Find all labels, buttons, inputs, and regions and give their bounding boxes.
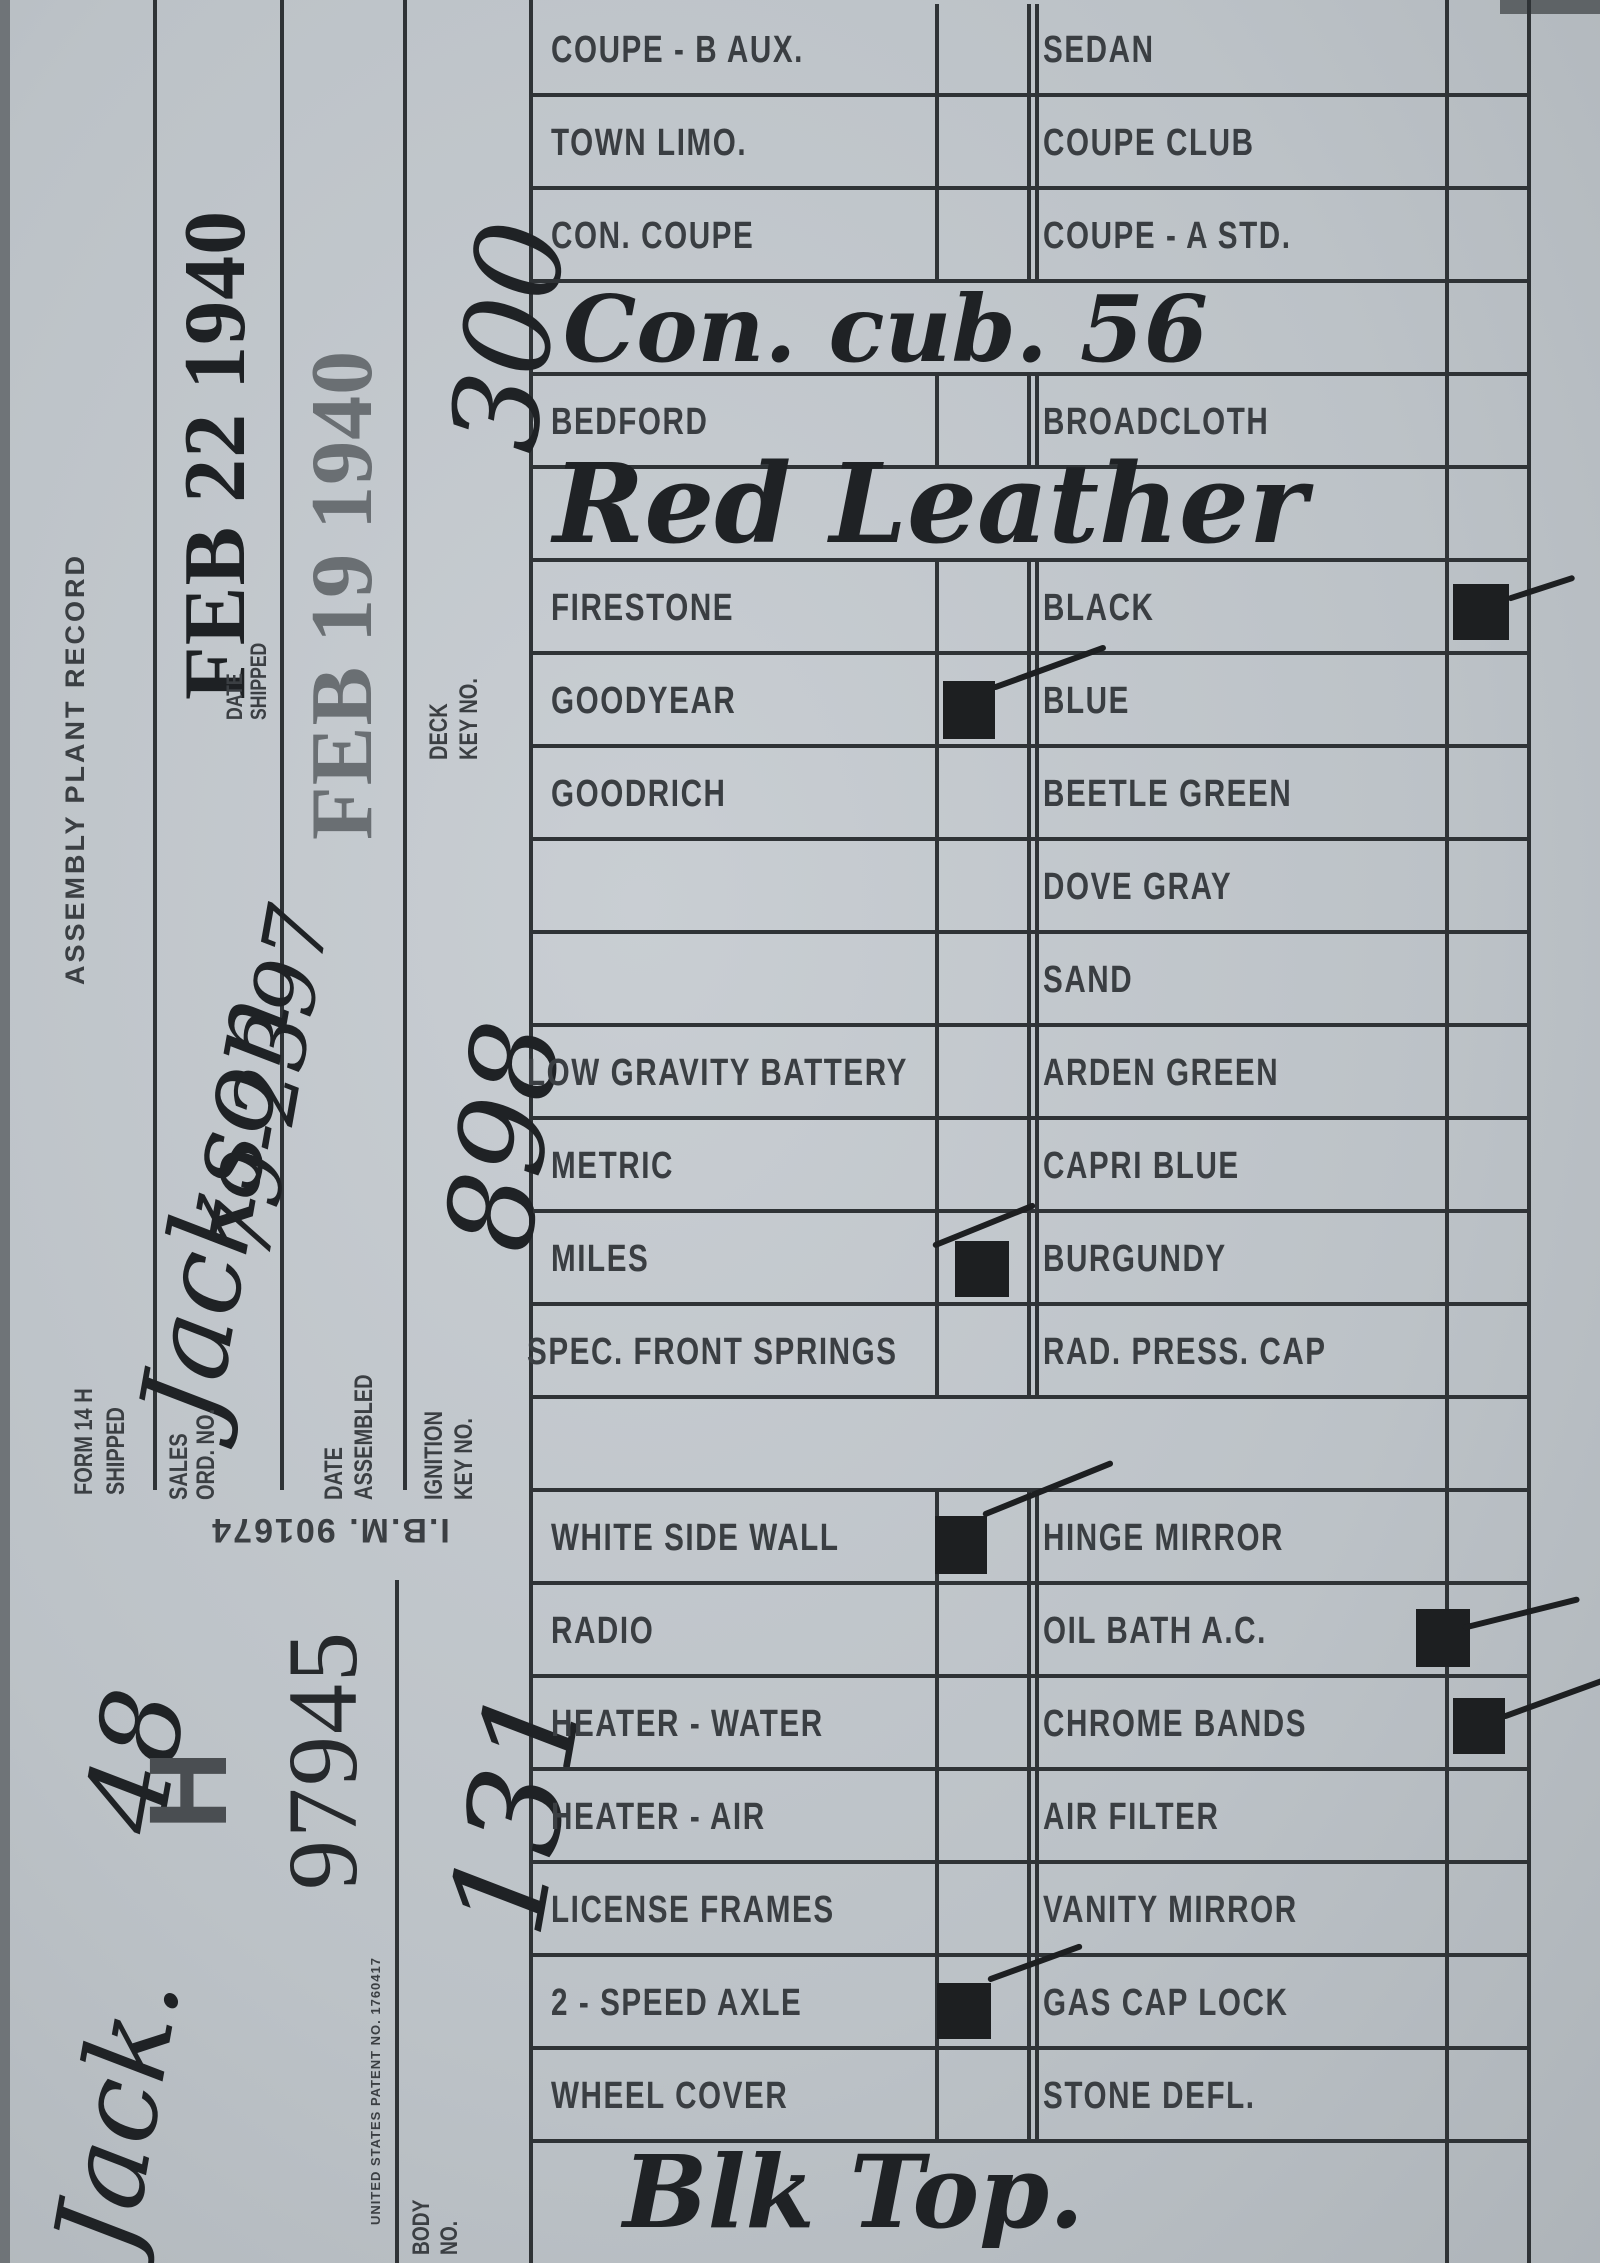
checkmark-stroke bbox=[1507, 575, 1575, 602]
grid-row-handwritten-top: Blk Top. bbox=[533, 2143, 1530, 2263]
grid-row: SAND bbox=[533, 934, 1530, 1027]
double-rule-b bbox=[1035, 562, 1039, 655]
sales-order-label-line2: ORD. NO. bbox=[192, 1409, 221, 1500]
shipped-label: SHIPPED bbox=[102, 1407, 131, 1495]
ignition-key-label-line1: IGNITION bbox=[420, 1411, 449, 1500]
check-column-rule bbox=[935, 190, 939, 283]
body-style-note: Con. cub. 56 bbox=[563, 275, 1208, 383]
checkmark-chrome-bands bbox=[1453, 1698, 1505, 1754]
option-label-left: RADIO bbox=[551, 1585, 654, 1678]
location-note: Jack. bbox=[30, 1966, 206, 2262]
card-left-edge-shadow bbox=[0, 0, 10, 2263]
double-rule-a bbox=[1027, 1957, 1031, 2050]
checkmark-black bbox=[1453, 584, 1509, 640]
check-column-rule bbox=[935, 655, 939, 748]
grid-row: HEATER - AIR AIR FILTER bbox=[533, 1771, 1530, 1864]
option-label-left: HEATER - WATER bbox=[551, 1678, 824, 1771]
top-note: Blk Top. bbox=[623, 2133, 1084, 2251]
grid-row: WHITE SIDE WALL HINGE MIRROR bbox=[533, 1492, 1530, 1585]
check-column-rule bbox=[935, 562, 939, 655]
double-rule-a bbox=[1027, 1306, 1031, 1399]
option-label-right: RAD. PRESS. CAP bbox=[1043, 1306, 1327, 1399]
ignition-key-label-line2: KEY NO. bbox=[450, 1418, 479, 1500]
sales-order-label-line1: SALES bbox=[165, 1433, 194, 1500]
serial-prefix: H bbox=[125, 1750, 252, 1830]
checkmark-goodyear bbox=[943, 681, 995, 739]
date-shipped-label-line1: DATE bbox=[222, 673, 248, 720]
double-rule-a bbox=[1027, 1585, 1031, 1678]
option-label-left: HEATER - AIR bbox=[551, 1771, 766, 1864]
option-label-right: BURGUNDY bbox=[1043, 1213, 1227, 1306]
option-label-left: CON. COUPE bbox=[551, 190, 754, 283]
grid-row: LOW GRAVITY BATTERY ARDEN GREEN bbox=[533, 1027, 1530, 1120]
double-rule-b bbox=[1035, 748, 1039, 841]
check-column-rule bbox=[935, 1213, 939, 1306]
double-rule-a bbox=[1027, 1678, 1031, 1771]
check-column-rule bbox=[935, 934, 939, 1027]
check-column-rule bbox=[935, 1027, 939, 1120]
double-rule-b bbox=[1035, 4, 1039, 97]
option-label-right: BLUE bbox=[1043, 655, 1130, 748]
double-rule-a bbox=[1027, 841, 1031, 934]
double-rule-b bbox=[1035, 2050, 1039, 2143]
check-column-rule bbox=[935, 748, 939, 841]
option-label-right: BEETLE GREEN bbox=[1043, 748, 1292, 841]
option-label-right: GAS CAP LOCK bbox=[1043, 1957, 1288, 2050]
checkmark-stroke bbox=[1462, 1596, 1580, 1631]
grid-row-handwritten-upholstery: Red Leather bbox=[533, 469, 1530, 562]
option-label-right: SEDAN bbox=[1043, 4, 1155, 97]
grid-row-handwritten-body-style: Con. cub. 56 bbox=[533, 283, 1530, 376]
date-shipped-stamp: FEB 22 1940 bbox=[165, 210, 266, 700]
double-rule-a bbox=[1027, 748, 1031, 841]
patent-number: UNITED STATES PATENT NO. 1760417 bbox=[368, 1957, 383, 2225]
check-column-rule bbox=[935, 1771, 939, 1864]
grid-row: DOVE GRAY bbox=[533, 841, 1530, 934]
checkmark-oil-bath bbox=[1416, 1609, 1470, 1667]
option-label-left: GOODYEAR bbox=[551, 655, 736, 748]
option-label-right: COUPE CLUB bbox=[1043, 97, 1255, 190]
check-column-rule bbox=[935, 841, 939, 934]
check-column-rule bbox=[935, 1864, 939, 1957]
grid-row: GOODRICH BEETLE GREEN bbox=[533, 748, 1530, 841]
option-label-right: CHROME BANDS bbox=[1043, 1678, 1307, 1771]
check-column-rule bbox=[935, 1306, 939, 1399]
option-label-right: VANITY MIRROR bbox=[1043, 1864, 1298, 1957]
option-label-right: ARDEN GREEN bbox=[1043, 1027, 1279, 1120]
double-rule-b bbox=[1035, 1771, 1039, 1864]
option-label-left: METRIC bbox=[551, 1120, 674, 1213]
option-label-left: SPEC. FRONT SPRINGS bbox=[527, 1306, 898, 1399]
grid-row: GOODYEAR BLUE bbox=[533, 655, 1530, 748]
check-column-rule bbox=[935, 97, 939, 190]
double-rule-b bbox=[1035, 1306, 1039, 1399]
option-label-right: COUPE - A STD. bbox=[1043, 190, 1292, 283]
check-column-rule bbox=[935, 2050, 939, 2143]
grid-row: METRIC CAPRI BLUE bbox=[533, 1120, 1530, 1213]
grid-row-blank bbox=[533, 1399, 1530, 1492]
option-label-right: HINGE MIRROR bbox=[1043, 1492, 1284, 1585]
double-rule-a bbox=[1027, 562, 1031, 655]
column-rule-date-assembled bbox=[403, 0, 407, 1490]
double-rule-b bbox=[1035, 1864, 1039, 1957]
double-rule-a bbox=[1027, 97, 1031, 190]
date-assembled-label-line1: DATE bbox=[320, 1447, 349, 1500]
option-label-left: MILES bbox=[551, 1213, 649, 1306]
ibm-code: I.B.M. 901674 bbox=[170, 1510, 490, 1549]
grid-row: CON. COUPE COUPE - A STD. bbox=[533, 190, 1530, 283]
option-label-left: TOWN LIMO. bbox=[551, 97, 747, 190]
grid-row: RADIO OIL BATH A.C. bbox=[533, 1585, 1530, 1678]
grid-row: COUPE - B AUX. SEDAN bbox=[533, 4, 1530, 97]
grid-row: FIRESTONE BLACK bbox=[533, 562, 1530, 655]
grid-row: MILES BURGUNDY bbox=[533, 1213, 1530, 1306]
double-rule-b bbox=[1035, 1027, 1039, 1120]
upholstery-note: Red Leather bbox=[553, 439, 1307, 568]
deck-key-label-line2: KEY NO. bbox=[455, 678, 484, 760]
option-label-right: BLACK bbox=[1043, 562, 1155, 655]
date-assembled-stamp: FEB 19 1940 bbox=[292, 350, 393, 840]
checkmark-white-side-wall bbox=[935, 1516, 987, 1574]
deck-key-label-line1: DECK bbox=[425, 703, 454, 760]
double-rule-b bbox=[1035, 1492, 1039, 1585]
option-label-right: DOVE GRAY bbox=[1043, 841, 1232, 934]
option-label-left: WHITE SIDE WALL bbox=[551, 1492, 840, 1585]
double-rule-b bbox=[1035, 1585, 1039, 1678]
option-label-left: FIRESTONE bbox=[551, 562, 734, 655]
double-rule-b bbox=[1035, 841, 1039, 934]
double-rule-b bbox=[1035, 190, 1039, 283]
grid-row: SPEC. FRONT SPRINGS RAD. PRESS. CAP bbox=[533, 1306, 1530, 1399]
double-rule-a bbox=[1027, 190, 1031, 283]
grid-row: TOWN LIMO. COUPE CLUB bbox=[533, 97, 1530, 190]
option-label-left: 2 - SPEED AXLE bbox=[551, 1957, 802, 2050]
grid-row: WHEEL COVER STONE DEFL. bbox=[533, 2050, 1530, 2143]
double-rule-a bbox=[1027, 934, 1031, 1027]
options-grid: COUPE - B AUX. SEDAN TOWN LIMO. COUPE CL… bbox=[533, 0, 1530, 2263]
body-label-line2: NO. bbox=[436, 2221, 464, 2255]
double-rule-a bbox=[1027, 1492, 1031, 1585]
check-column-rule bbox=[935, 1678, 939, 1771]
form-title: ASSEMBLY PLANT RECORD bbox=[60, 553, 91, 985]
serial-number: 97945 bbox=[265, 1630, 380, 1890]
option-label-right: OIL BATH A.C. bbox=[1043, 1585, 1267, 1678]
option-label-left: COUPE - B AUX. bbox=[551, 4, 804, 97]
check-column-rule bbox=[935, 4, 939, 97]
form-number: FORM 14 H bbox=[70, 1388, 99, 1495]
double-rule-b bbox=[1035, 934, 1039, 1027]
grid-row: HEATER - WATER CHROME BANDS bbox=[533, 1678, 1530, 1771]
option-label-right: AIR FILTER bbox=[1043, 1771, 1219, 1864]
check-column-rule bbox=[935, 1585, 939, 1678]
checkmark-miles bbox=[955, 1241, 1009, 1297]
option-label-right: STONE DEFL. bbox=[1043, 2050, 1256, 2143]
double-rule-a bbox=[1027, 4, 1031, 97]
double-rule-b bbox=[1035, 1957, 1039, 2050]
double-rule-a bbox=[1027, 655, 1031, 748]
date-assembled-label-line2: ASSEMBLED bbox=[350, 1374, 379, 1500]
grid-row: 2 - SPEED AXLE GAS CAP LOCK bbox=[533, 1957, 1530, 2050]
column-rule-body bbox=[395, 1580, 399, 2263]
double-rule-a bbox=[1027, 2050, 1031, 2143]
checkmark-two-speed-axle bbox=[937, 1983, 991, 2039]
option-label-left: WHEEL COVER bbox=[551, 2050, 788, 2143]
double-rule-b bbox=[1035, 1678, 1039, 1771]
grid-row: LICENSE FRAMES VANITY MIRROR bbox=[533, 1864, 1530, 1957]
option-label-left: GOODRICH bbox=[551, 748, 727, 841]
double-rule-a bbox=[1027, 1213, 1031, 1306]
assembly-plant-record-card: ASSEMBLY PLANT RECORD FORM 14 H SHIPPED … bbox=[0, 0, 1600, 2263]
option-label-right: CAPRI BLUE bbox=[1043, 1120, 1240, 1213]
option-label-right: SAND bbox=[1043, 934, 1133, 1027]
check-column-rule bbox=[935, 1120, 939, 1213]
double-rule-a bbox=[1027, 1771, 1031, 1864]
body-label-line1: BODY bbox=[408, 2200, 436, 2255]
checkmark-stroke bbox=[1502, 1677, 1600, 1720]
date-shipped-label-line2: SHIPPED bbox=[246, 643, 272, 720]
double-rule-a bbox=[1027, 1027, 1031, 1120]
double-rule-a bbox=[1027, 1120, 1031, 1213]
option-label-left: LICENSE FRAMES bbox=[551, 1864, 835, 1957]
double-rule-b bbox=[1035, 1213, 1039, 1306]
double-rule-b bbox=[1035, 1120, 1039, 1213]
double-rule-b bbox=[1035, 97, 1039, 190]
double-rule-a bbox=[1027, 1864, 1031, 1957]
option-label-left: LOW GRAVITY BATTERY bbox=[527, 1027, 908, 1120]
